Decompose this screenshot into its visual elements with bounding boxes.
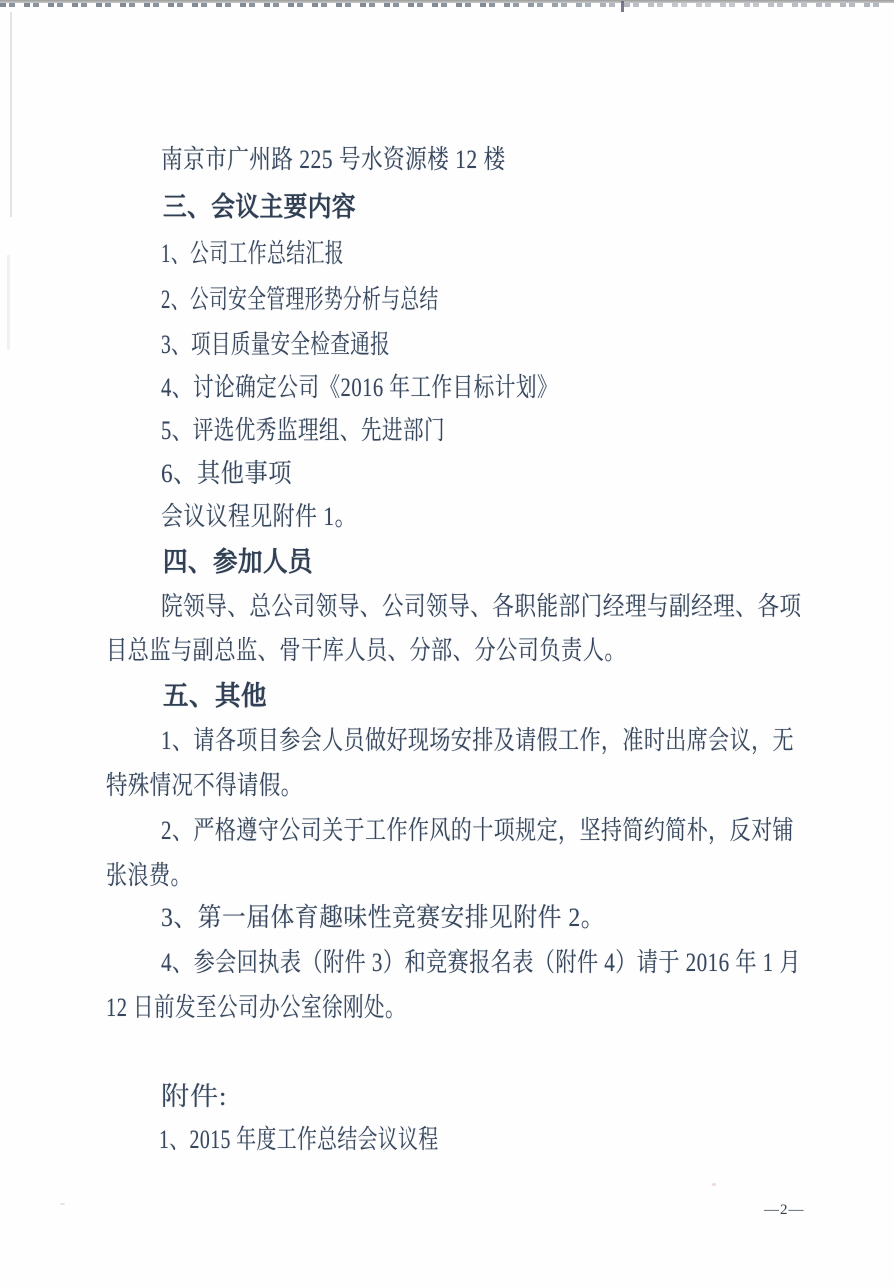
- heading-section-five: 五、其他: [163, 680, 267, 712]
- scan-noise-tick: [621, 1, 624, 12]
- scan-noise-line: [0, 3, 880, 7]
- page-number: —2—: [764, 1202, 805, 1219]
- agenda-item-3: 3、项目质量安全检查通报: [161, 329, 390, 361]
- scan-edge-smudge: [7, 255, 10, 350]
- address-line: 南京市广州路 225 号水资源楼 12 楼: [161, 144, 506, 176]
- heading-section-four: 四、参加人员: [163, 546, 313, 578]
- document-page: 南京市广州路 225 号水资源楼 12 楼三、会议主要内容1、公司工作总结汇报2…: [0, 0, 894, 1287]
- agenda-item-6: 6、其他事项: [161, 458, 292, 490]
- agenda-item-2: 2、公司安全管理形势分析与总结: [161, 284, 439, 316]
- other-item-3: 3、第一届体育趣味性竞赛安排见附件 2。: [161, 902, 605, 934]
- scan-noise-dot: [712, 1183, 716, 1186]
- agenda-note: 会议议程见附件 1。: [161, 501, 357, 533]
- agenda-item-4: 4、讨论确定公司《2016 年工作目标计划》: [161, 372, 558, 404]
- scan-noise-dot: [60, 1203, 65, 1205]
- other-item-1-line-1: 1、请各项目参会人员做好现场安排及请假工作，准时出席会议，无: [161, 725, 794, 757]
- participants-line-1: 院领导、总公司领导、公司领导、各职能部门经理与副经理、各项: [161, 591, 802, 623]
- scan-edge-left-line: [10, 12, 12, 217]
- heading-section-three: 三、会议主要内容: [163, 191, 356, 223]
- other-item-2-line-2: 张浪费。: [106, 860, 192, 892]
- agenda-item-5: 5、评选优秀监理组、先进部门: [161, 415, 445, 447]
- other-item-1-line-2: 特殊情况不得请假。: [106, 770, 303, 802]
- other-item-2-line-1: 2、严格遵守公司关于工作作风的十项规定，坚持简约简朴，反对铺: [161, 815, 794, 847]
- other-item-4-line-2: 12 日前发至公司办公室徐刚处。: [106, 992, 406, 1024]
- agenda-item-1: 1、公司工作总结汇报: [161, 238, 344, 270]
- participants-line-2: 目总监与副总监、骨干库人员、分部、分公司负责人。: [106, 635, 626, 667]
- attachments-label: 附件:: [161, 1081, 227, 1113]
- other-item-4-line-1: 4、参会回执表（附件 3）和竞赛报名表（附件 4）请于 2016 年 1 月: [161, 947, 801, 979]
- attachment-item-1: 1、2015 年度工作总结会议议程: [159, 1124, 439, 1156]
